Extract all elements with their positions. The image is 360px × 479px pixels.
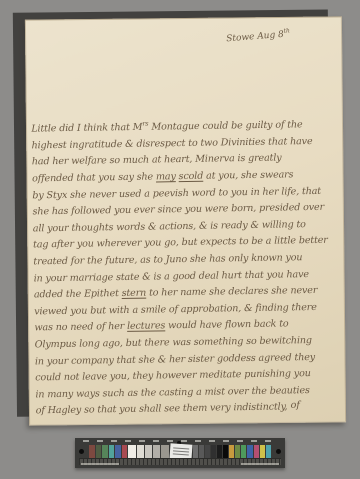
color-patch	[109, 445, 115, 458]
gray-patch	[211, 445, 216, 458]
color-patch	[254, 445, 259, 458]
letter-body: Little did I think that Mrs Montague cou…	[31, 113, 340, 421]
date-inscription: Stowe Aug 8th	[226, 24, 337, 45]
grayscale-light-steps	[128, 445, 168, 458]
gray-patch	[137, 445, 144, 458]
color-patch	[96, 445, 102, 458]
color-patch	[115, 445, 121, 458]
gray-patch	[161, 445, 168, 458]
micro-text-left	[81, 463, 119, 465]
catchword: of	[291, 400, 300, 411]
color-patch	[266, 445, 271, 458]
gray-patch	[153, 445, 160, 458]
letter-sheet: Stowe Aug 8th Little did I think that Mr…	[25, 16, 346, 425]
color-patch	[241, 445, 246, 458]
grayscale-dark-steps	[193, 445, 228, 458]
gray-patch	[205, 445, 210, 458]
gray-patch	[199, 445, 204, 458]
photo-frame: Stowe Aug 8th Little did I think that Mr…	[0, 0, 360, 479]
ruler-bottom-ticks	[79, 458, 281, 465]
registration-dot-left	[79, 449, 84, 454]
color-patch	[235, 445, 240, 458]
color-patch	[89, 445, 95, 458]
color-patch	[102, 445, 108, 458]
color-patches-right	[229, 445, 271, 458]
color-calibration-bar	[75, 438, 285, 468]
gray-patch	[145, 445, 152, 458]
color-patch	[247, 445, 252, 458]
color-patch	[229, 445, 234, 458]
color-patch	[260, 445, 265, 458]
gray-patch	[128, 445, 135, 458]
color-patch	[122, 445, 128, 458]
gray-patch	[193, 445, 198, 458]
micro-text-right	[241, 463, 279, 465]
gray-patch	[223, 445, 228, 458]
registration-dot-right	[276, 449, 281, 454]
gray-patch	[217, 445, 222, 458]
patch-row	[89, 445, 271, 458]
color-patches-left	[89, 445, 127, 458]
